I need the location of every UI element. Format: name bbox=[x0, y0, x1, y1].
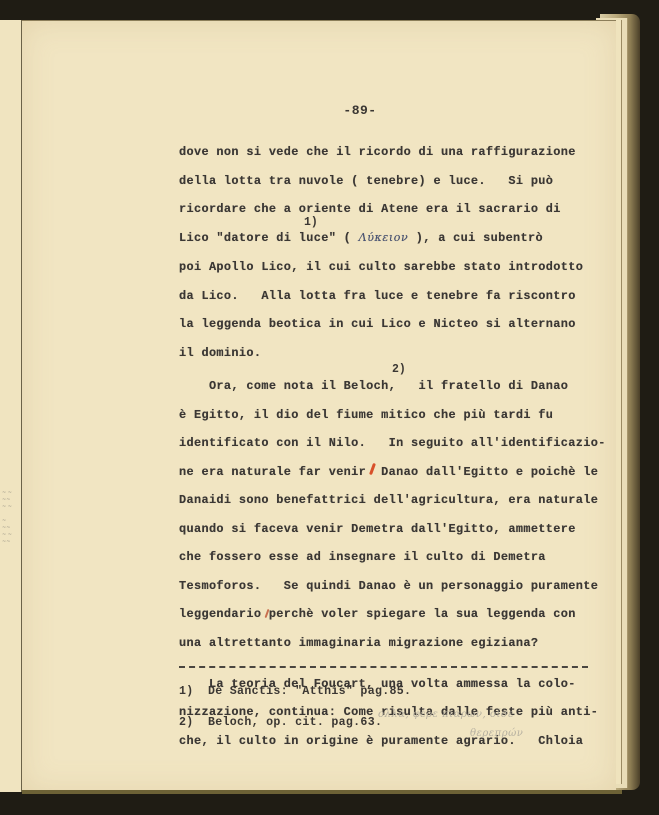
bleed-through-marks: ~ ~~~~ ~~~~~ ~~~ bbox=[2, 490, 20, 546]
text-line-lico: Lico "datore di luce" ( Λύκειον ), a cui… bbox=[179, 231, 543, 245]
text-line: una altrettanto immaginaria migrazione e… bbox=[179, 636, 538, 650]
text-line: che fossero esse ad insegnare il culto d… bbox=[179, 550, 546, 564]
text-line: poi Apollo Lico, il cui culto sarebbe st… bbox=[179, 260, 583, 274]
scanned-book-spread: ~ ~~~~ ~~~~~ ~~~ -89- dove non si vede c… bbox=[0, 0, 659, 815]
text-line: identificato con il Nilo. In seguito all… bbox=[179, 436, 606, 450]
page-number: -89- bbox=[343, 103, 376, 118]
text-line: ricordare che a oriente di Atene era il … bbox=[179, 202, 561, 216]
page-bottom-edge bbox=[22, 790, 622, 794]
footnote-separator bbox=[179, 666, 588, 668]
text-line: Danaidi sono benefattrici dell'agricultu… bbox=[179, 493, 598, 507]
pencil-annotation: θερεπρών bbox=[470, 728, 523, 739]
text-line: la leggenda beotica in cui Lico e Nicteo… bbox=[179, 317, 576, 331]
text-line: da Lico. Alla lotta fra luce e tenebre f… bbox=[179, 289, 576, 303]
text-line: Tesmoforos. Se quindi Danao è un persona… bbox=[179, 579, 598, 593]
text-line: della lotta tra nuvole ( tenebre) e luce… bbox=[179, 174, 553, 188]
facing-page-sliver: ~ ~~~~ ~~~~~ ~~~ bbox=[0, 20, 22, 792]
pencil-annotation: ολλα, φέρε πιάρων, οίσε bbox=[378, 709, 514, 720]
text-line: dove non si vede che il ricordo di una r… bbox=[179, 145, 576, 159]
text-line: quando si faceva venir Demetra dall'Egit… bbox=[179, 522, 576, 536]
footnote-ref-1: 1) bbox=[304, 216, 318, 229]
greek-handwritten-word: Λύκειον bbox=[359, 231, 409, 244]
text-line: ne era naturale far venir Danao dall'Egi… bbox=[179, 465, 598, 479]
text-line: leggendario perchè voler spiegare la sua… bbox=[179, 607, 576, 621]
footnote-1: 1) De Sanctis: "Atthis" pag.85. bbox=[179, 685, 411, 698]
text-line: il dominio. bbox=[179, 346, 261, 360]
footnote-ref-2: 2) bbox=[392, 363, 406, 376]
text-line: è Egitto, il dio del fiume mitico che pi… bbox=[179, 408, 553, 422]
footnote-2: 2) Beloch, op. cit. pag.63. bbox=[179, 716, 382, 729]
text-line: Ora, come nota il Beloch, il fratello di… bbox=[179, 379, 568, 393]
